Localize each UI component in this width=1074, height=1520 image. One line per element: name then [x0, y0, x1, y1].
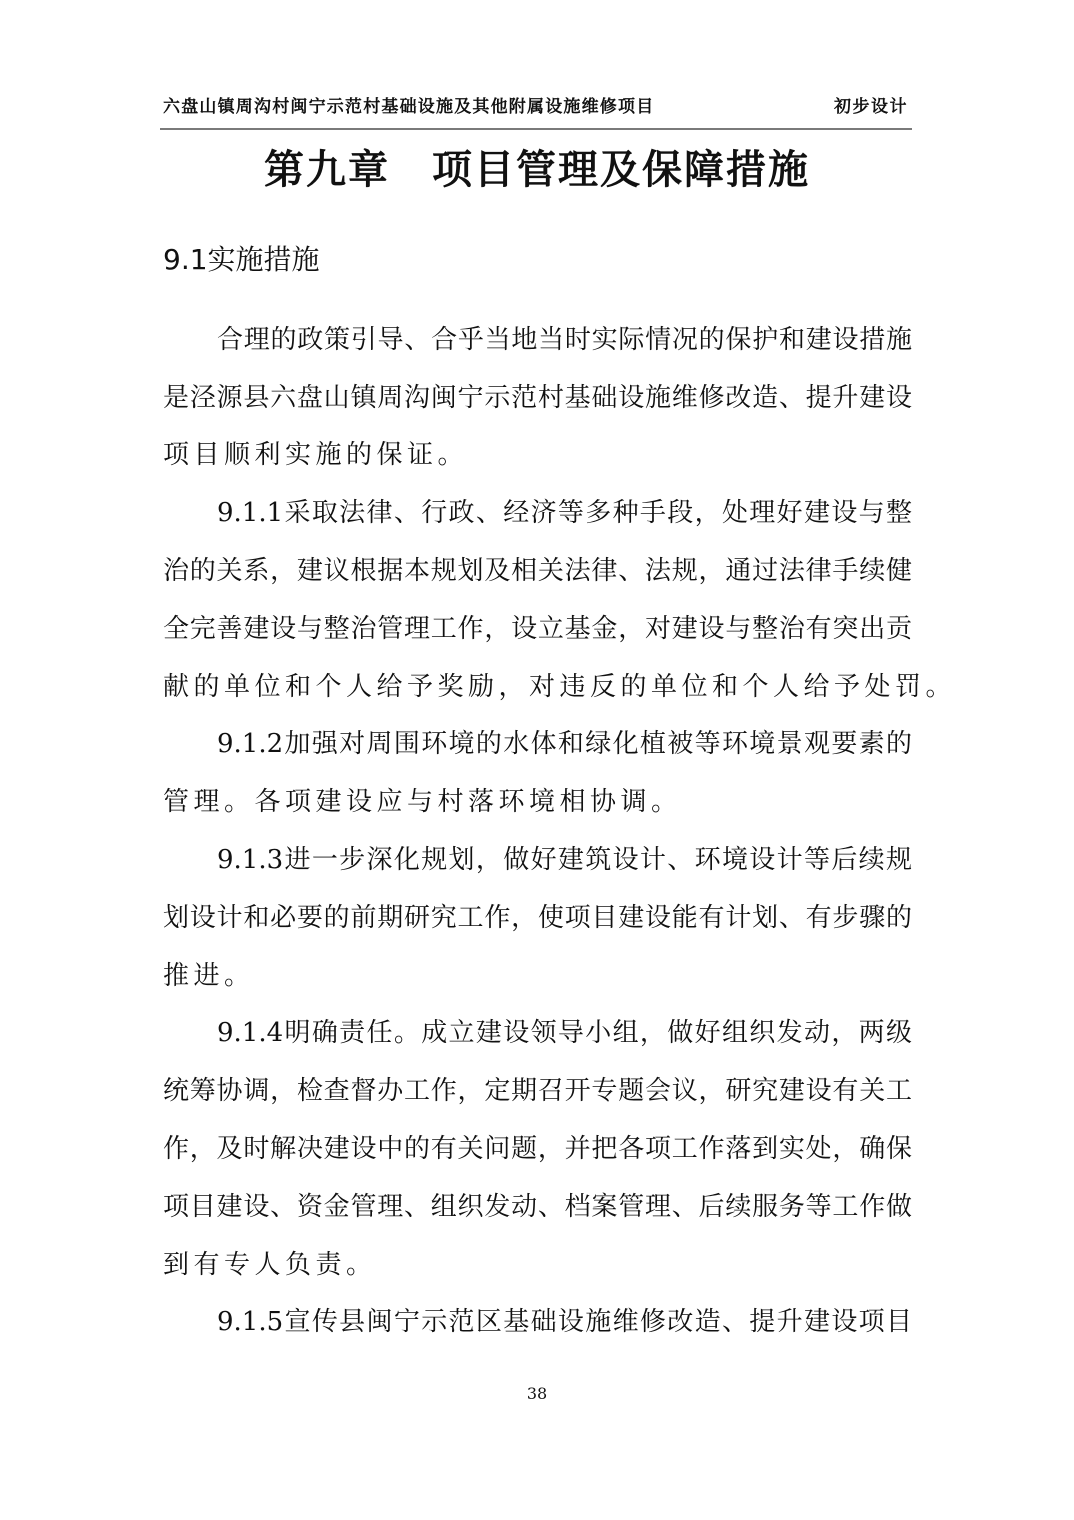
- chapter-title: 第九章 项目管理及保障措施: [0, 138, 1074, 195]
- section-heading: 9.1实施措施: [163, 238, 320, 278]
- body-line: 作，及时解决建设中的有关问题，并把各项工作落到实处，确保: [163, 1131, 912, 1167]
- body-line: 9.1.1采取法律、行政、经济等多种手段，处理好建设与整: [217, 495, 912, 531]
- page-number: 38: [0, 1384, 1074, 1403]
- document-page: 六盘山镇周沟村闽宁示范村基础设施及其他附属设施维修项目 初步设计 第九章 项目管…: [0, 0, 1074, 1520]
- body-line: 划设计和必要的前期研究工作，使项目建设能有计划、有步骤的: [163, 900, 912, 936]
- body-line: 推进。: [163, 958, 912, 994]
- body-line: 项目顺利实施的保证。: [163, 437, 912, 473]
- body-line: 到有专人负责。: [163, 1247, 912, 1283]
- body-line: 管理。各项建设应与村落环境相协调。: [163, 784, 912, 820]
- body-line: 9.1.4明确责任。成立建设领导小组，做好组织发动，两级: [217, 1015, 912, 1051]
- body-line: 9.1.5宣传县闽宁示范区基础设施维修改造、提升建设项目: [217, 1304, 912, 1340]
- running-header-project-title: 六盘山镇周沟村闽宁示范村基础设施及其他附属设施维修项目: [163, 92, 654, 117]
- body-line: 9.1.3进一步深化规划，做好建筑设计、环境设计等后续规: [217, 842, 912, 878]
- body-line: 统筹协调，检查督办工作，定期召开专题会议，研究建设有关工: [163, 1073, 912, 1109]
- body-line: 献的单位和个人给予奖励，对违反的单位和个人给予处罚。: [163, 669, 912, 705]
- body-line: 全完善建设与整治管理工作，设立基金，对建设与整治有突出贡: [163, 611, 912, 647]
- body-line: 项目建设、资金管理、组织发动、档案管理、后续服务等工作做: [163, 1189, 912, 1225]
- body-line: 是泾源县六盘山镇周沟闽宁示范村基础设施维修改造、提升建设: [163, 380, 912, 416]
- body-line: 9.1.2加强对周围环境的水体和绿化植被等环境景观要素的: [217, 726, 912, 762]
- body-line: 治的关系，建议根据本规划及相关法律、法规，通过法律手续健: [163, 553, 912, 589]
- running-header-doc-stage: 初步设计: [834, 92, 908, 117]
- header-divider: [160, 128, 912, 130]
- body-line: 合理的政策引导、合乎当地当时实际情况的保护和建设措施: [217, 322, 912, 358]
